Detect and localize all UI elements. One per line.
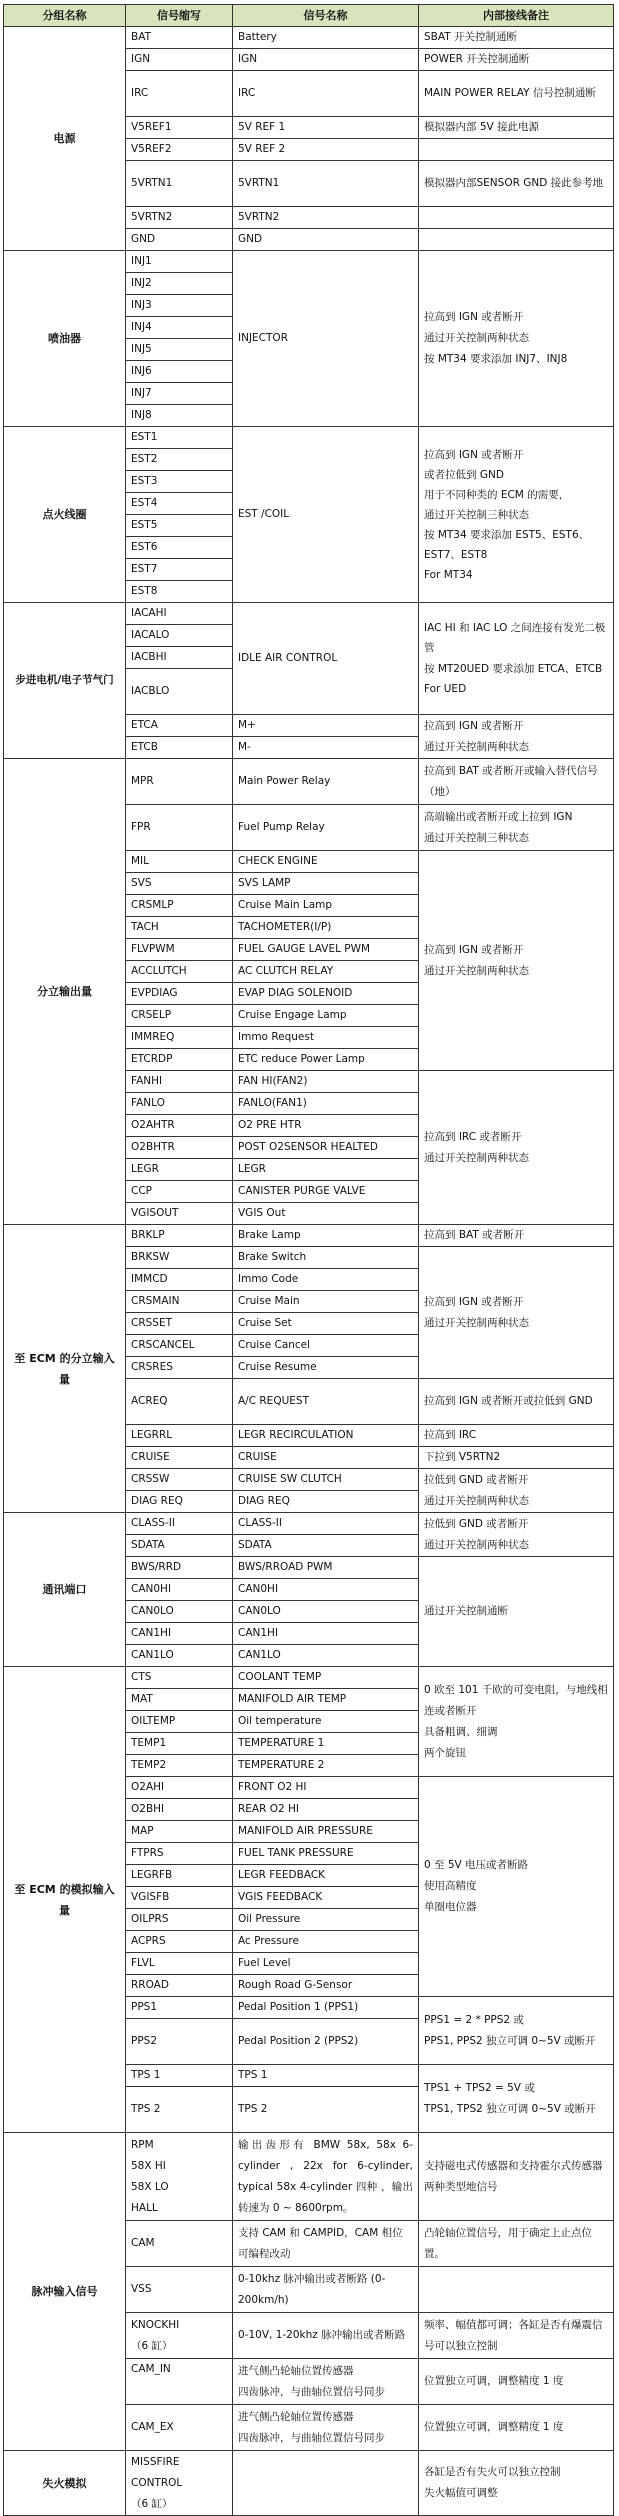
signal-abbr: IACBHI <box>126 647 233 669</box>
signal-abbr: KNOCKHI （6 缸） <box>126 2313 233 2359</box>
signal-abbr: O2BHI <box>126 1799 233 1821</box>
signal-note: SBAT 开关控制通断 <box>419 27 614 49</box>
signal-note: 拉高到 IGN 或者断开 通过开关控制两种状态 <box>419 851 614 1071</box>
signal-name: SVS LAMP <box>233 873 419 895</box>
signal-abbr: CCP <box>126 1181 233 1203</box>
group-label-comm: 通讯端口 <box>4 1513 126 1667</box>
signal-abbr: TPS 1 <box>126 2065 233 2087</box>
signal-abbr: FANHI <box>126 1071 233 1093</box>
signal-name: IGN <box>233 49 419 71</box>
signal-note: 拉高到 IRC <box>419 1425 614 1447</box>
signal-abbr: EST7 <box>126 559 233 581</box>
signal-abbr: VGISFB <box>126 1887 233 1909</box>
signal-name: Cruise Resume <box>233 1357 419 1379</box>
signal-abbr: EST2 <box>126 449 233 471</box>
signal-abbr: MIL <box>126 851 233 873</box>
signal-abbr: 5VRTN1 <box>126 161 233 207</box>
group-label-misfire: 失火模拟 <box>4 2451 126 2457</box>
signal-name: FRONT O2 HI <box>233 1777 419 1799</box>
signal-name: Brake Switch <box>233 1247 419 1269</box>
table-row: 喷油器 INJ1 INJECTOR 拉高到 IGN 或者断开 通过开关控制两种状… <box>4 251 614 273</box>
signal-abbr: CAM_IN <box>126 2359 233 2405</box>
table-row: 至 ECM 的分立输入量 BRKLP Brake Lamp 拉高到 BAT 或者… <box>4 1225 614 1247</box>
signal-note: IAC HI 和 IAC LO 之间连接有发光二极管 按 MT20UED 要求添… <box>419 603 614 715</box>
signal-abbr: ETCRDP <box>126 1049 233 1071</box>
col-header-abbr: 信号缩写 <box>126 5 233 27</box>
signal-name: Rough Road G-Sensor <box>233 1975 419 1997</box>
group-label-discrete-out: 分立输出量 <box>4 759 126 1225</box>
signal-name: 支持 CAM 和 CAMPID，CAM 相位可编程改动 <box>233 2221 419 2267</box>
signal-name: IDLE AIR CONTROL <box>233 603 419 715</box>
signal-abbr: BRKLP <box>126 1225 233 1247</box>
signal-name: Oil Pressure <box>233 1909 419 1931</box>
signal-name: Brake Lamp <box>233 1225 419 1247</box>
signal-abbr: TACH <box>126 917 233 939</box>
signal-note: 各缸是否有失火可以独立控制 失火幅值可调整 <box>419 2451 614 2457</box>
signal-note: 拉低到 GND 或者断开 通过开关控制两种状态 <box>419 1513 614 1557</box>
signal-abbr: CLASS-II <box>126 1513 233 1535</box>
signal-abbr: SDATA <box>126 1535 233 1557</box>
signal-note: 频率、幅值都可调；各缸是否有爆震信号可以独立控制 <box>419 2313 614 2359</box>
signal-abbr: INJ2 <box>126 273 233 295</box>
signal-name: Pedal Position 1 (PPS1) <box>233 1997 419 2019</box>
signal-abbr: EST8 <box>126 581 233 603</box>
signal-name: LEGR FEEDBACK <box>233 1865 419 1887</box>
signal-abbr: INJ4 <box>126 317 233 339</box>
signal-abbr: GND <box>126 229 233 251</box>
signal-note: 拉高到 BAT 或者断开 <box>419 1225 614 1247</box>
table-row: 电源 BAT Battery SBAT 开关控制通断 <box>4 27 614 49</box>
signal-abbr: PPS1 <box>126 1997 233 2019</box>
signal-name: FAN HI(FAN2) <box>233 1071 419 1093</box>
signal-name: Fuel Pump Relay <box>233 805 419 851</box>
signal-abbr: FPR <box>126 805 233 851</box>
signal-abbr: TEMP1 <box>126 1733 233 1755</box>
group-label-injector: 喷油器 <box>4 251 126 427</box>
signal-name: FUEL GAUGE LAVEL PWM <box>233 939 419 961</box>
signal-note: 通过开关控制通断 <box>419 1557 614 1667</box>
signal-name: TPS 1 <box>233 2065 419 2087</box>
signal-name: COOLANT TEMP <box>233 1667 419 1689</box>
signal-name: VGIS FEEDBACK <box>233 1887 419 1909</box>
signal-name: SDATA <box>233 1535 419 1557</box>
signal-abbr: IRC <box>126 71 233 117</box>
signal-abbr: INJ7 <box>126 383 233 405</box>
signal-name: A/C REQUEST <box>233 1379 419 1425</box>
signal-abbr: MPR <box>126 759 233 805</box>
signal-note: 拉高到 IGN 或者断开或拉低到 GND <box>419 1379 614 1425</box>
signal-abbr: TEMP2 <box>126 1755 233 1777</box>
table-row: 脉冲输入信号 RPM 58X HI 58X LO HALL 输出齿形有 BMW … <box>4 2133 614 2221</box>
signal-abbr: DIAG REQ <box>126 1491 233 1513</box>
table-row: 至 ECM 的模拟输入量 CTS COOLANT TEMP 0 欧至 101 千… <box>4 1667 614 1689</box>
signal-abbr: EST5 <box>126 515 233 537</box>
signal-abbr: 5VRTN2 <box>126 207 233 229</box>
signal-note: 高端输出或者断开或上拉到 IGN 通过开关控制三种状态 <box>419 805 614 851</box>
signal-abbr: BAT <box>126 27 233 49</box>
signal-abbr: CRSSW <box>126 1469 233 1491</box>
col-header-group: 分组名称 <box>4 5 126 27</box>
signal-name: LEGR <box>233 1159 419 1181</box>
signal-abbr: CRSMAIN <box>126 1291 233 1313</box>
signal-abbr: INJ8 <box>126 405 233 427</box>
signal-abbr: CAM <box>126 2221 233 2267</box>
signal-note: POWER 开关控制通断 <box>419 49 614 71</box>
signal-abbr: EST6 <box>126 537 233 559</box>
header-row: 分组名称 信号缩写 信号名称 内部接线备注 <box>4 5 614 27</box>
signal-name: IRC <box>233 71 419 117</box>
signal-abbr: LEGR <box>126 1159 233 1181</box>
group-label-pulse-in: 脉冲输入信号 <box>4 2133 126 2451</box>
signal-abbr: CAN0LO <box>126 1601 233 1623</box>
signal-name: M- <box>233 737 419 759</box>
col-header-note: 内部接线备注 <box>419 5 614 27</box>
signal-note: TPS1 + TPS2 = 5V 或 TPS1, TPS2 独立可调 0~5V … <box>419 2065 614 2133</box>
signal-name: REAR O2 HI <box>233 1799 419 1821</box>
signal-name: M+ <box>233 715 419 737</box>
signal-abbr: EST1 <box>126 427 233 449</box>
signal-note: 模拟器内部 5V 接此电源 <box>419 117 614 139</box>
signal-abbr: LEGRFB <box>126 1865 233 1887</box>
signal-name: CHECK ENGINE <box>233 851 419 873</box>
signal-note: 0 至 5V 电压或者断路 使用高精度 单圈电位器 <box>419 1777 614 1997</box>
signal-name: 进气侧凸轮轴位置传感器 四齿脉冲，与曲轴位置信号同步 <box>233 2405 419 2451</box>
group-label-discrete-in: 至 ECM 的分立输入量 <box>4 1225 126 1513</box>
signal-note: PPS1 = 2 * PPS2 或 PPS1, PPS2 独立可调 0~5V 或… <box>419 1997 614 2065</box>
signal-name: CAN1LO <box>233 1645 419 1667</box>
signal-abbr: CRSCANCEL <box>126 1335 233 1357</box>
signal-name: CRUISE <box>233 1447 419 1469</box>
signal-abbr: MISSFIRE CONTROL （6 缸） <box>126 2451 233 2457</box>
signal-name: TEMPERATURE 2 <box>233 1755 419 1777</box>
signal-name: VGIS Out <box>233 1203 419 1225</box>
signal-abbr: FLVL <box>126 1953 233 1975</box>
group-label-power: 电源 <box>4 27 126 251</box>
signal-name: POST O2SENSOR HEALTED <box>233 1137 419 1159</box>
signal-note: 支持磁电式传感器和支持霍尔式传感器两种类型地信号 <box>419 2133 614 2221</box>
signal-abbr: PPS2 <box>126 2019 233 2065</box>
signal-abbr: CRSSET <box>126 1313 233 1335</box>
signal-name: FUEL TANK PRESSURE <box>233 1843 419 1865</box>
signal-name: FANLO(FAN1) <box>233 1093 419 1115</box>
signal-name: ETC reduce Power Lamp <box>233 1049 419 1071</box>
signal-note: 0 欧至 101 千欧的可变电阻，与地线相连或者断开 具备粗调、细调 两个旋钮 <box>419 1667 614 1777</box>
signal-abbr: EST3 <box>126 471 233 493</box>
signal-name: MANIFOLD AIR PRESSURE <box>233 1821 419 1843</box>
signal-abbr: IMMCD <box>126 1269 233 1291</box>
signal-abbr: O2BHTR <box>126 1137 233 1159</box>
signal-note: 位置独立可调，调整精度 1 度 <box>419 2405 614 2451</box>
signal-abbr: CRSMLP <box>126 895 233 917</box>
group-label-analog-in: 至 ECM 的模拟输入量 <box>4 1667 126 2133</box>
signal-abbr: IACAHI <box>126 603 233 625</box>
signal-name: 5VRTN2 <box>233 207 419 229</box>
signal-name: Main Power Relay <box>233 759 419 805</box>
signal-name: 5V REF 1 <box>233 117 419 139</box>
signal-name: Immo Code <box>233 1269 419 1291</box>
signal-note: 拉高到 IGN 或者断开 通过开关控制两种状态 <box>419 715 614 759</box>
group-label-coil: 点火线圈 <box>4 427 126 603</box>
signal-abbr: FTPRS <box>126 1843 233 1865</box>
signal-abbr: INJ5 <box>126 339 233 361</box>
signal-abbr: ACCLUTCH <box>126 961 233 983</box>
signal-name: CAN0HI <box>233 1579 419 1601</box>
signal-name: TEMPERATURE 1 <box>233 1733 419 1755</box>
signal-abbr: IMMREQ <box>126 1027 233 1049</box>
signal-abbr: EST4 <box>126 493 233 515</box>
signal-abbr: CRSELP <box>126 1005 233 1027</box>
signal-note: MAIN POWER RELAY 信号控制通断 <box>419 71 614 117</box>
signal-name: Immo Request <box>233 1027 419 1049</box>
signal-name: CLASS-II <box>233 1513 419 1535</box>
signal-abbr: VSS <box>126 2267 233 2313</box>
signal-note: 位置独立可调，调整精度 1 度 <box>419 2359 614 2405</box>
signal-abbr: O2AHI <box>126 1777 233 1799</box>
signal-abbr: O2AHTR <box>126 1115 233 1137</box>
signal-note: 下拉到 V5RTN2 <box>419 1447 614 1469</box>
signal-name: CRUISE SW CLUTCH <box>233 1469 419 1491</box>
signal-name: BWS/RROAD PWM <box>233 1557 419 1579</box>
signal-name: Cruise Main Lamp <box>233 895 419 917</box>
signal-abbr: SVS <box>126 873 233 895</box>
signal-abbr: OILTEMP <box>126 1711 233 1733</box>
signal-abbr: MAT <box>126 1689 233 1711</box>
signal-name: 5V REF 2 <box>233 139 419 161</box>
signal-name: Cruise Set <box>233 1313 419 1335</box>
signal-abbr: CAN0HI <box>126 1579 233 1601</box>
signal-abbr: MAP <box>126 1821 233 1843</box>
signal-abbr: ACPRS <box>126 1931 233 1953</box>
signal-name <box>233 2451 419 2457</box>
table-row: 分立输出量 MPR Main Power Relay 拉高到 BAT 或者断开或… <box>4 759 614 805</box>
signal-abbr: CAN1HI <box>126 1623 233 1645</box>
table-row: 点火线圈 EST1 EST /COIL 拉高到 IGN 或者断开 或者拉低到 G… <box>4 427 614 449</box>
signal-abbr: RPM 58X HI 58X LO HALL <box>126 2133 233 2221</box>
signal-abbr: EVPDIAG <box>126 983 233 1005</box>
signal-name: 0-10V, 1-20khz 脉冲输出或者断路 <box>233 2313 419 2359</box>
signal-abbr: RROAD <box>126 1975 233 1997</box>
signal-name: CANISTER PURGE VALVE <box>233 1181 419 1203</box>
signal-abbr: TPS 2 <box>126 2087 233 2133</box>
signal-abbr: ACREQ <box>126 1379 233 1425</box>
signal-note: 拉高到 IGN 或者断开 通过开关控制两种状态 按 MT34 要求添加 INJ7… <box>419 251 614 427</box>
signal-abbr: CTS <box>126 1667 233 1689</box>
signal-name: Cruise Engage Lamp <box>233 1005 419 1027</box>
signal-name: O2 PRE HTR <box>233 1115 419 1137</box>
signal-name: 0-10khz 脉冲输出或者断路 (0-200km/h) <box>233 2267 419 2313</box>
signal-abbr: FANLO <box>126 1093 233 1115</box>
signal-abbr: INJ1 <box>126 251 233 273</box>
signal-name: 5VRTN1 <box>233 161 419 207</box>
signal-name: Fuel Level <box>233 1953 419 1975</box>
signal-note <box>419 229 614 251</box>
signal-abbr: IACBLO <box>126 669 233 715</box>
signal-abbr: CRUISE <box>126 1447 233 1469</box>
signal-name: AC CLUTCH RELAY <box>233 961 419 983</box>
signal-abbr: CAN1LO <box>126 1645 233 1667</box>
signal-note: 拉高到 IGN 或者断开 或者拉低到 GND 用于不同种类的 ECM 的需要， … <box>419 427 614 603</box>
table-row: 失火模拟 MISSFIRE CONTROL （6 缸） 各缸是否有失火可以独立控… <box>4 2451 614 2457</box>
signal-note <box>419 2267 614 2313</box>
signal-name: Cruise Main <box>233 1291 419 1313</box>
signal-name: EVAP DIAG SOLENOID <box>233 983 419 1005</box>
col-header-name: 信号名称 <box>233 5 419 27</box>
signal-name: CAN0LO <box>233 1601 419 1623</box>
signal-name: INJECTOR <box>233 251 419 427</box>
signal-name: Ac Pressure <box>233 1931 419 1953</box>
signal-abbr: ETCB <box>126 737 233 759</box>
signal-note <box>419 207 614 229</box>
signal-abbr: CAM_EX <box>126 2405 233 2451</box>
signal-name: TPS 2 <box>233 2087 419 2133</box>
signal-abbr: CRSRES <box>126 1357 233 1379</box>
signal-abbr: V5REF2 <box>126 139 233 161</box>
table-row: 通讯端口 CLASS-II CLASS-II 拉低到 GND 或者断开 通过开关… <box>4 1513 614 1535</box>
signal-name: EST /COIL <box>233 427 419 603</box>
signal-note: 模拟器内部SENSOR GND 接此参考地 <box>419 161 614 207</box>
signal-abbr: ETCA <box>126 715 233 737</box>
signal-name: CAN1HI <box>233 1623 419 1645</box>
signal-name: GND <box>233 229 419 251</box>
signal-abbr: FLVPWM <box>126 939 233 961</box>
signal-name: MANIFOLD AIR TEMP <box>233 1689 419 1711</box>
signal-name: 进气侧凸轮轴位置传感器 四齿脉冲，与曲轴位置信号同步 <box>233 2359 419 2405</box>
signal-abbr: IGN <box>126 49 233 71</box>
signal-abbr: OILPRS <box>126 1909 233 1931</box>
signal-name: Battery <box>233 27 419 49</box>
signal-abbr: IACALO <box>126 625 233 647</box>
signal-abbr: INJ6 <box>126 361 233 383</box>
signal-name: DIAG REQ <box>233 1491 419 1513</box>
table-row: 步进电机/电子节气门 IACAHI IDLE AIR CONTROL IAC H… <box>4 603 614 625</box>
signal-name: 输出齿形有 BMW 58x, 58x 6-cylinder , 22x for … <box>233 2133 419 2221</box>
signal-abbr: V5REF1 <box>126 117 233 139</box>
signal-note: 拉高到 BAT 或者断开或输入替代信号（地） <box>419 759 614 805</box>
signal-note: 凸轮轴位置信号，用于确定上止点位置。 <box>419 2221 614 2267</box>
signal-abbr: BRKSW <box>126 1247 233 1269</box>
signal-abbr: INJ3 <box>126 295 233 317</box>
signal-name: Oil temperature <box>233 1711 419 1733</box>
signal-name: LEGR RECIRCULATION <box>233 1425 419 1447</box>
signal-table: 分组名称 信号缩写 信号名称 内部接线备注 电源 BAT Battery SBA… <box>3 4 614 2456</box>
signal-abbr: BWS/RRD <box>126 1557 233 1579</box>
signal-name: Pedal Position 2 (PPS2) <box>233 2019 419 2065</box>
group-label-iac: 步进电机/电子节气门 <box>4 603 126 759</box>
signal-name: Cruise Cancel <box>233 1335 419 1357</box>
signal-abbr: LEGRRL <box>126 1425 233 1447</box>
signal-note: 拉低到 GND 或者断开 通过开关控制两种状态 <box>419 1469 614 1513</box>
signal-note: 拉高到 IGN 或者断开 通过开关控制两种状态 <box>419 1247 614 1379</box>
signal-abbr: VGISOUT <box>126 1203 233 1225</box>
signal-note: 拉高到 IRC 或者断开 通过开关控制两种状态 <box>419 1071 614 1225</box>
signal-name: TACHOMETER(I/P) <box>233 917 419 939</box>
signal-note <box>419 139 614 161</box>
